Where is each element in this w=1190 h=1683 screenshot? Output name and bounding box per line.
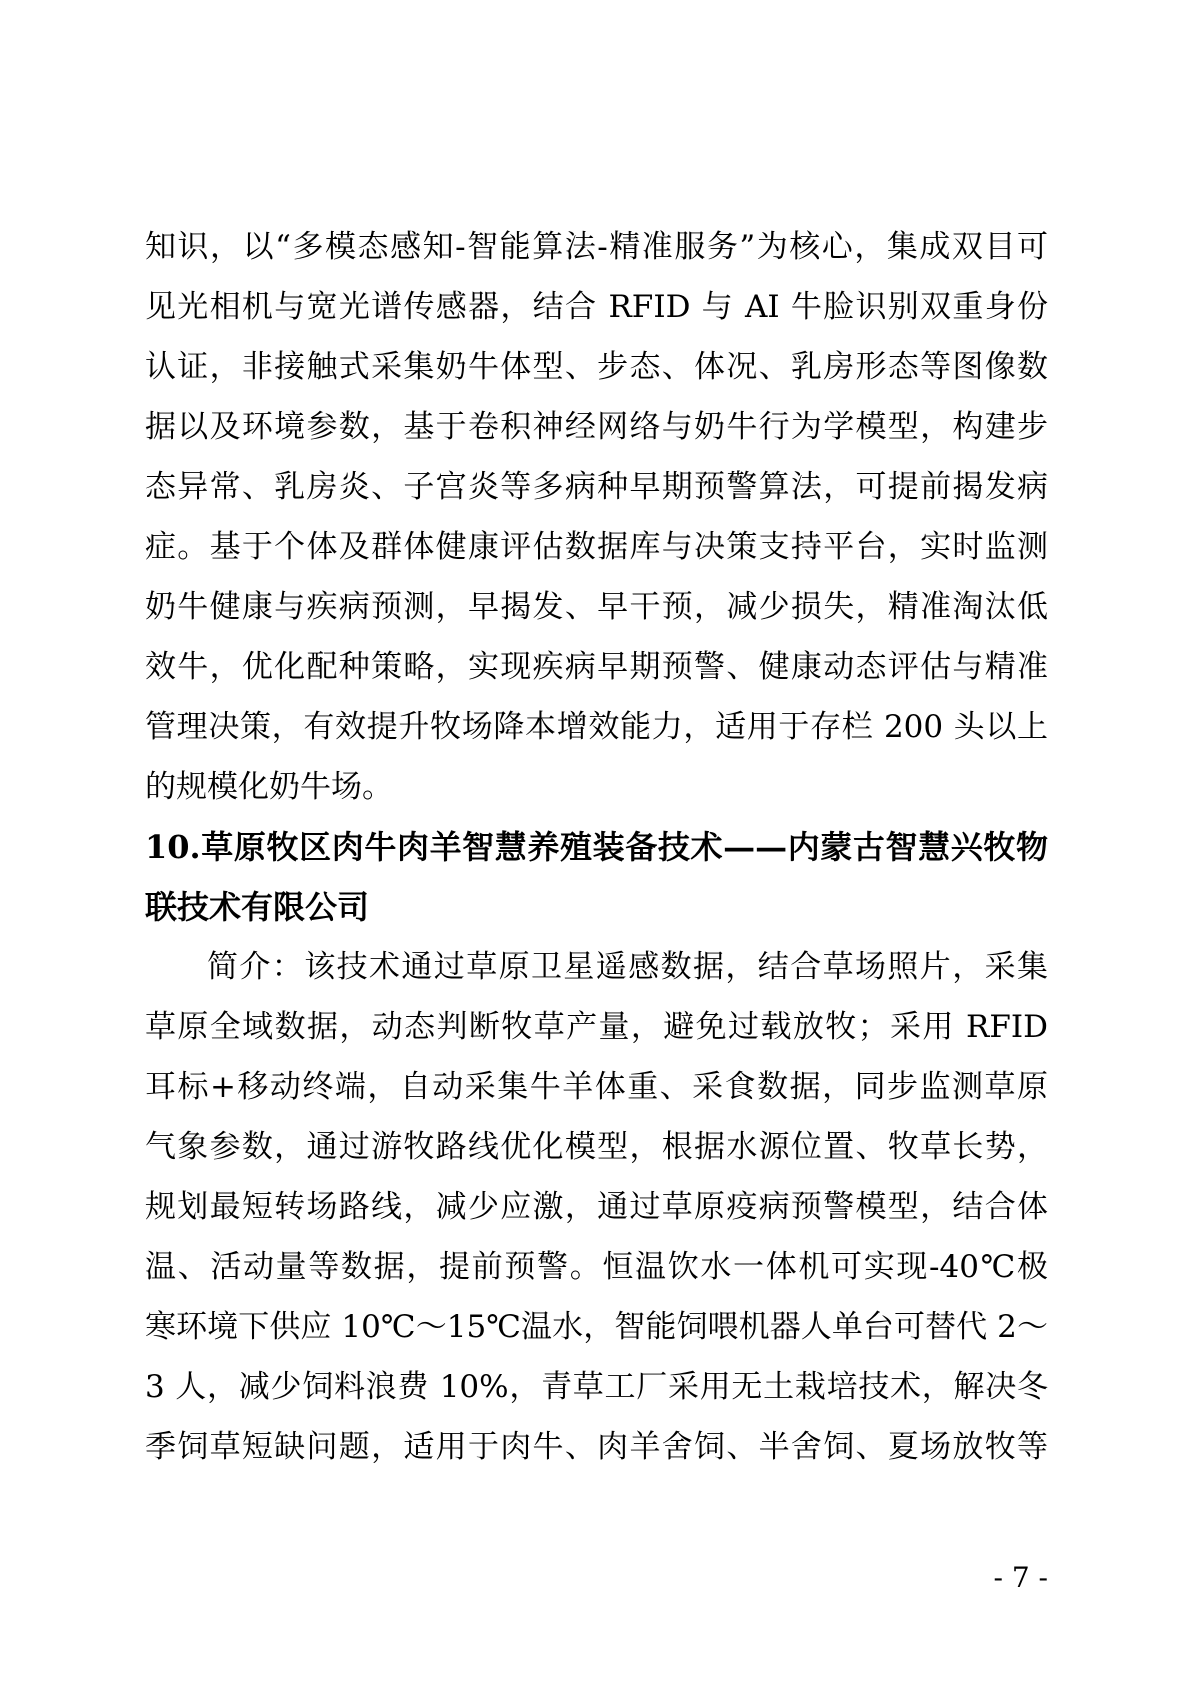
text-line: 的规模化奶牛场。 (145, 757, 1048, 817)
text-line: 据以及环境参数，基于卷积神经网络与奶牛行为学模型，构建步 (145, 397, 1048, 457)
document-page: 知识，以“多模态感知-智能算法-精准服务”为核心，集成双目可 见光相机与宽光谱传… (0, 0, 1190, 1683)
heading-line: 10.草原牧区肉牛肉羊智慧养殖装备技术——内蒙古智慧兴牧物 (145, 817, 1048, 877)
text-line: 症。基于个体及群体健康评估数据库与决策支持平台，实时监测 (145, 517, 1048, 577)
text-line: 寒环境下供应 10℃～15℃温水，智能饲喂机器人单台可替代 2～ (145, 1297, 1048, 1357)
text-line: 效牛，优化配种策略，实现疾病早期预警、健康动态评估与精准 (145, 637, 1048, 697)
text-line: 温、活动量等数据，提前预警。恒温饮水一体机可实现-40℃极 (145, 1237, 1048, 1297)
paragraph-intro: 简介：该技术通过草原卫星遥感数据，结合草场照片，采集 草原全域数据，动态判断牧草… (145, 937, 1048, 1477)
text-line: 知识，以“多模态感知-智能算法-精准服务”为核心，集成双目可 (145, 217, 1048, 277)
paragraph-continuation: 知识，以“多模态感知-智能算法-精准服务”为核心，集成双目可 见光相机与宽光谱传… (145, 217, 1048, 817)
page-body-text: 知识，以“多模态感知-智能算法-精准服务”为核心，集成双目可 见光相机与宽光谱传… (145, 217, 1048, 1477)
text-line: 奶牛健康与疾病预测，早揭发、早干预，减少损失，精准淘汰低 (145, 577, 1048, 637)
text-line: 气象参数，通过游牧路线优化模型，根据水源位置、牧草长势， (145, 1117, 1048, 1177)
text-line: 耳标+移动终端，自动采集牛羊体重、采食数据，同步监测草原 (145, 1057, 1048, 1117)
text-line: 3 人，减少饲料浪费 10%，青草工厂采用无土栽培技术，解决冬 (145, 1357, 1048, 1417)
text-line: 认证，非接触式采集奶牛体型、步态、体况、乳房形态等图像数 (145, 337, 1048, 397)
text-line: 见光相机与宽光谱传感器，结合 RFID 与 AI 牛脸识别双重身份 (145, 277, 1048, 337)
text-line: 管理决策，有效提升牧场降本增效能力，适用于存栏 200 头以上 (145, 697, 1048, 757)
heading-line: 联技术有限公司 (145, 877, 1048, 937)
text-line: 季饲草短缺问题，适用于肉牛、肉羊舍饲、半舍饲、夏场放牧等 (145, 1417, 1048, 1477)
text-line: 规划最短转场路线，减少应激，通过草原疫病预警模型，结合体 (145, 1177, 1048, 1237)
text-line: 简介：该技术通过草原卫星遥感数据，结合草场照片，采集 (145, 937, 1048, 997)
text-line: 态异常、乳房炎、子宫炎等多病种早期预警算法，可提前揭发病 (145, 457, 1048, 517)
page-number: - 7 - (993, 1560, 1048, 1596)
text-line: 草原全域数据，动态判断牧草产量，避免过载放牧；采用 RFID (145, 997, 1048, 1057)
section-10-heading: 10.草原牧区肉牛肉羊智慧养殖装备技术——内蒙古智慧兴牧物 联技术有限公司 (145, 817, 1048, 937)
